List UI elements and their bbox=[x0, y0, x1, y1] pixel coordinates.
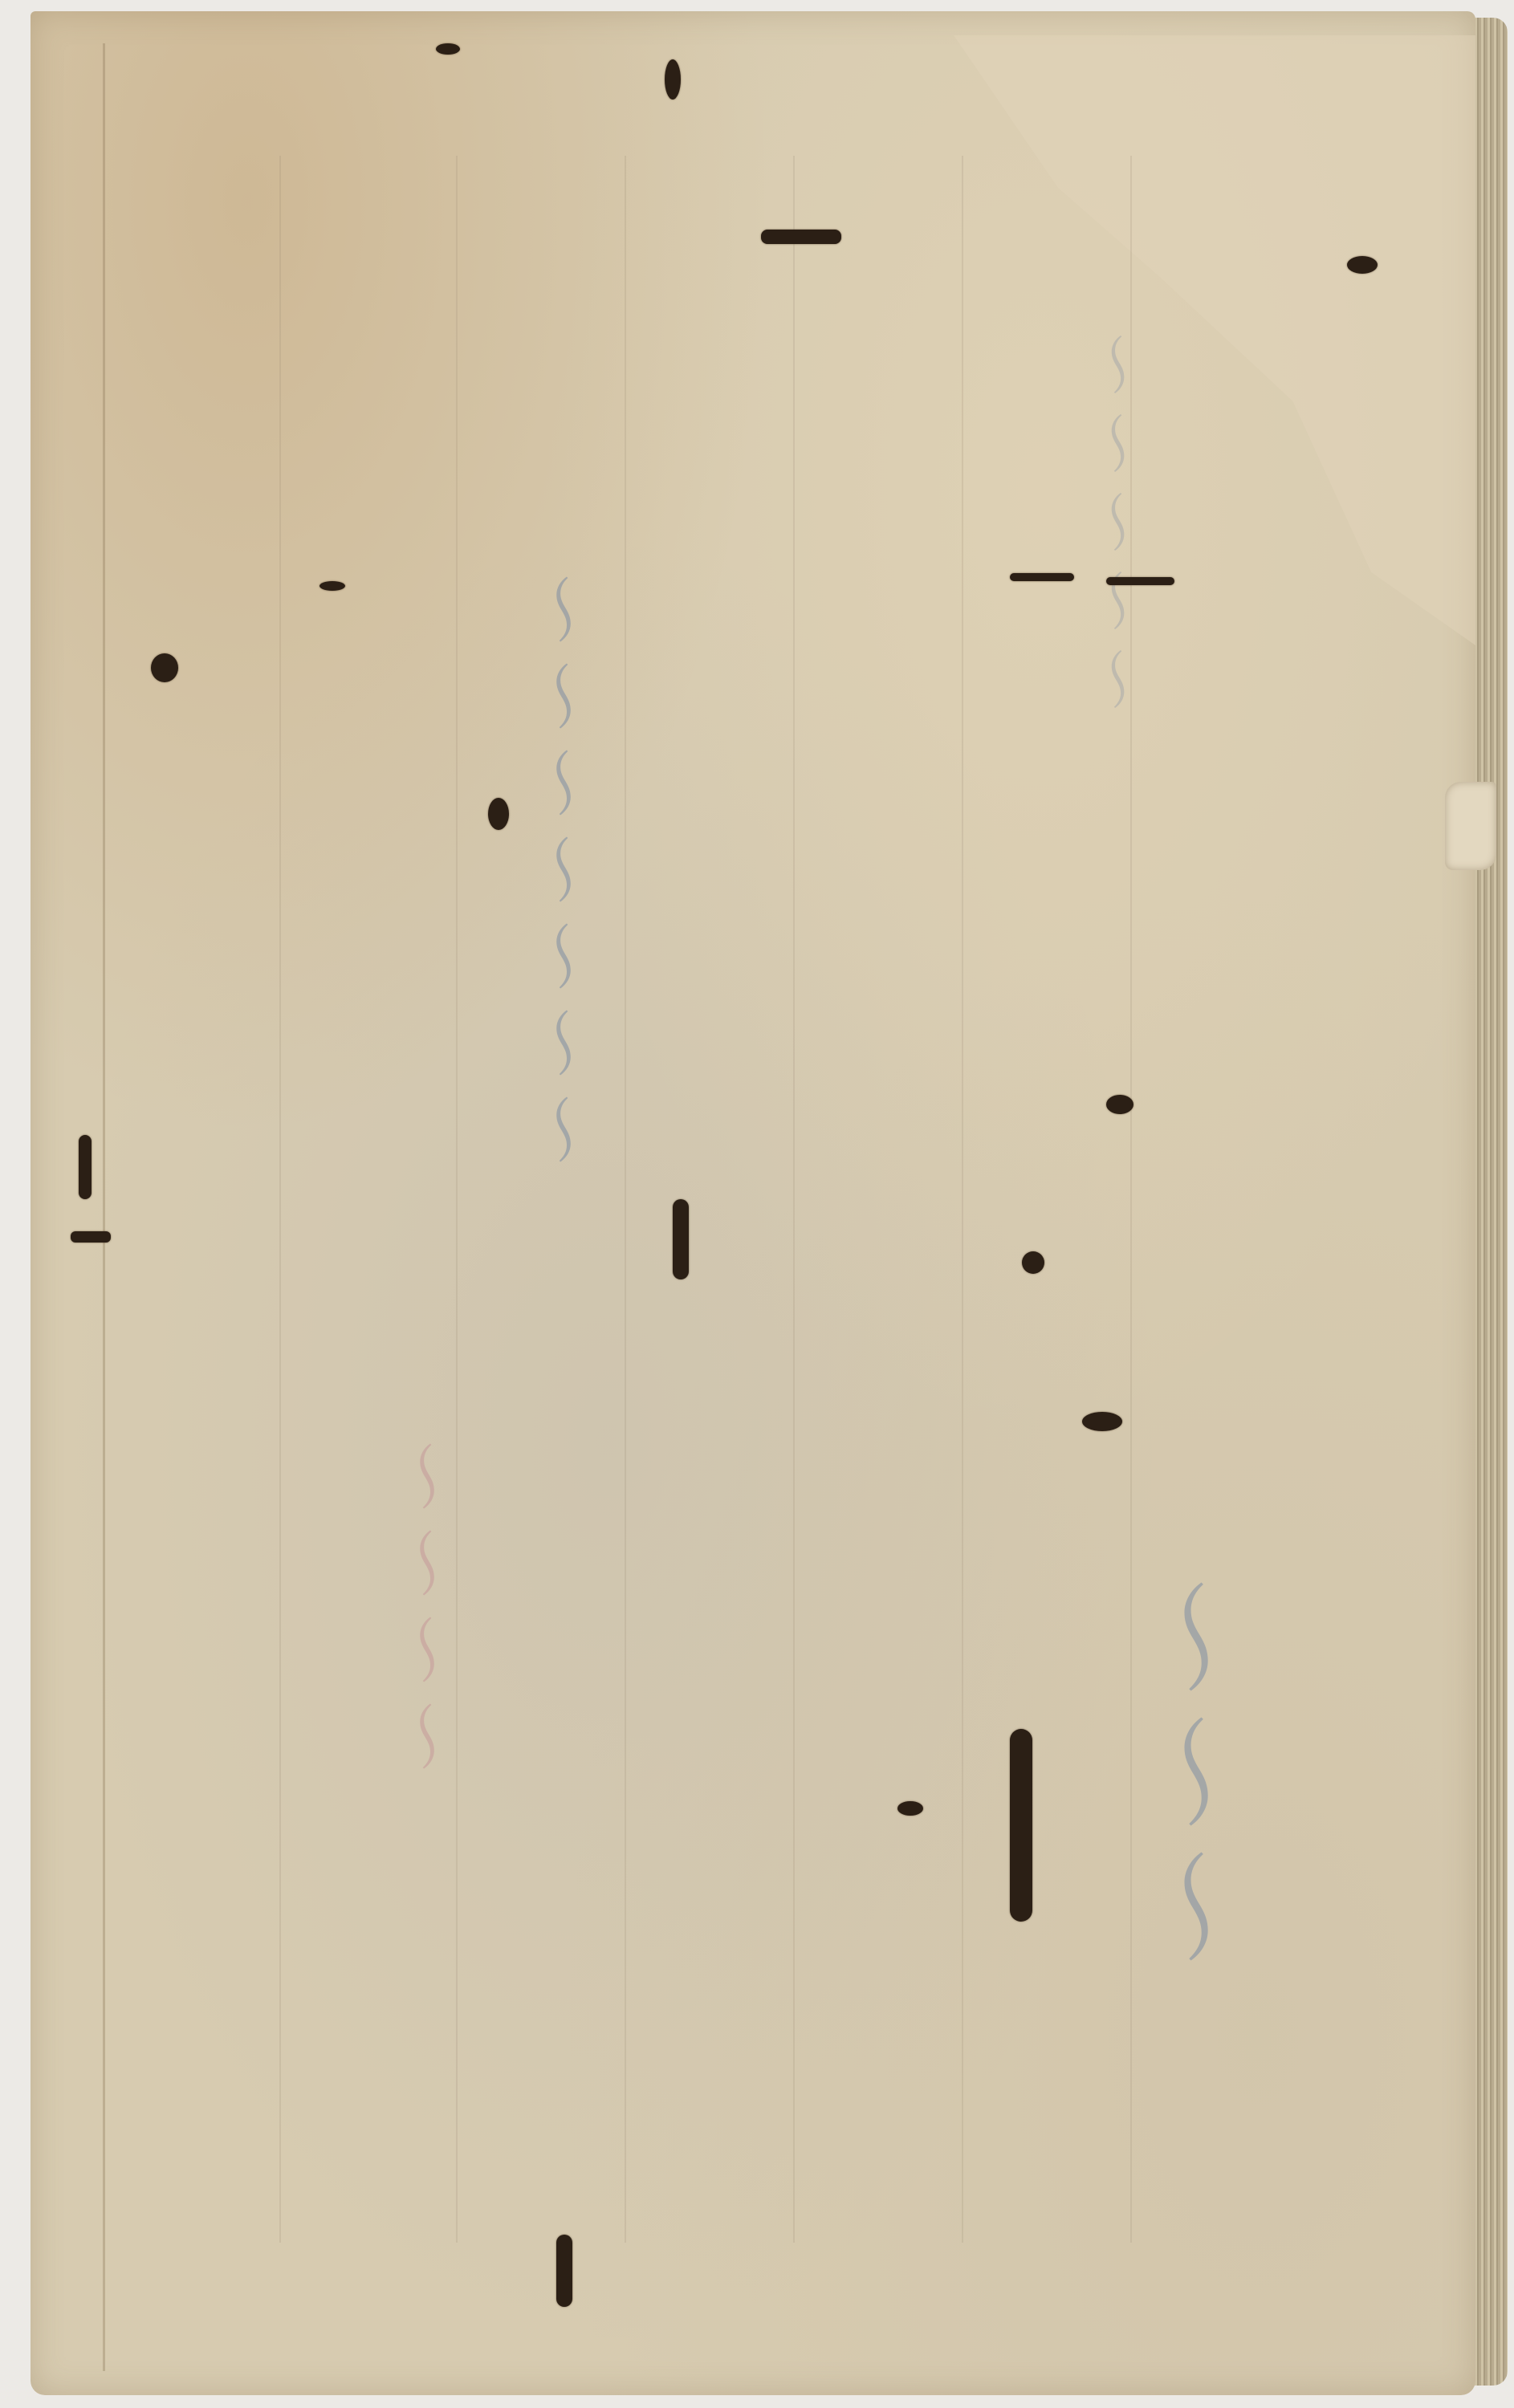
wormhole bbox=[556, 2235, 572, 2307]
wormhole bbox=[665, 59, 681, 100]
wormhole bbox=[151, 653, 178, 682]
ruled-line bbox=[962, 156, 963, 2243]
red-bleed-through-text: 〜〜〜〜 bbox=[368, 1440, 472, 1787]
booklet: 〜〜〜〜〜〜〜 〜〜〜 〜〜〜〜〜 〜〜〜〜 bbox=[31, 11, 1483, 2400]
torn-corner-area bbox=[954, 35, 1475, 645]
ruled-line bbox=[625, 156, 626, 2243]
bleed-through-text-right: 〜〜〜〜〜 bbox=[1066, 332, 1158, 726]
wormhole bbox=[673, 1199, 689, 1279]
wormhole bbox=[79, 1135, 92, 1199]
ruled-line bbox=[793, 156, 795, 2243]
wormhole bbox=[1010, 1729, 1032, 1922]
cover-page: 〜〜〜〜〜〜〜 〜〜〜 〜〜〜〜〜 〜〜〜〜 bbox=[31, 11, 1475, 2395]
wormhole bbox=[436, 43, 460, 55]
wormhole bbox=[1082, 1412, 1122, 1431]
binding-knot bbox=[1445, 782, 1496, 870]
wormhole bbox=[1347, 256, 1378, 274]
ruled-line bbox=[279, 156, 281, 2243]
wormhole bbox=[488, 798, 509, 830]
binding-fold bbox=[103, 43, 105, 2371]
wormhole bbox=[319, 581, 345, 591]
wormhole bbox=[1106, 577, 1174, 585]
wormhole bbox=[761, 230, 841, 244]
wormhole bbox=[1022, 1251, 1044, 1274]
bleed-through-title: 〜〜〜 bbox=[1098, 1576, 1272, 1981]
bleed-through-text-left: 〜〜〜〜〜〜〜 bbox=[504, 573, 608, 1180]
wormhole bbox=[1010, 573, 1074, 581]
wormhole bbox=[71, 1231, 111, 1243]
wormhole bbox=[897, 1801, 923, 1816]
wormhole bbox=[1106, 1095, 1133, 1114]
ruled-line bbox=[456, 156, 458, 2243]
